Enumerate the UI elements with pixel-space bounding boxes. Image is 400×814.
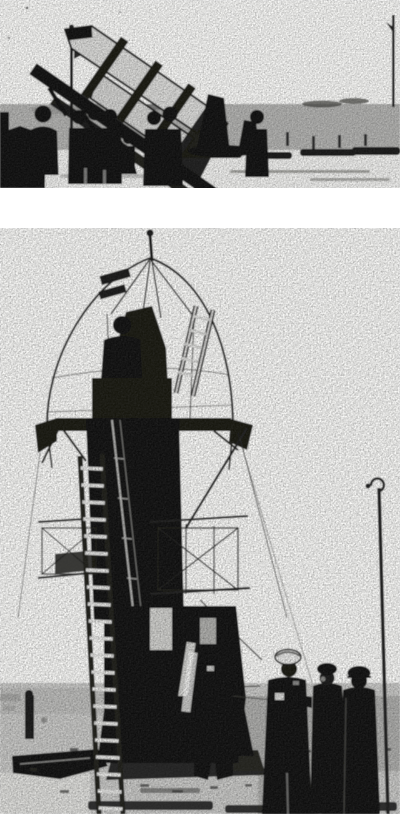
photo-launch-tower [0,228,400,814]
photo-rocket-ramp [0,0,400,188]
photo-launch-tower-canvas [0,228,400,814]
film-grain-overlay [0,228,400,814]
scanned-page [0,0,400,814]
photo-rocket-ramp-canvas [0,0,400,188]
film-grain-overlay [0,0,400,188]
